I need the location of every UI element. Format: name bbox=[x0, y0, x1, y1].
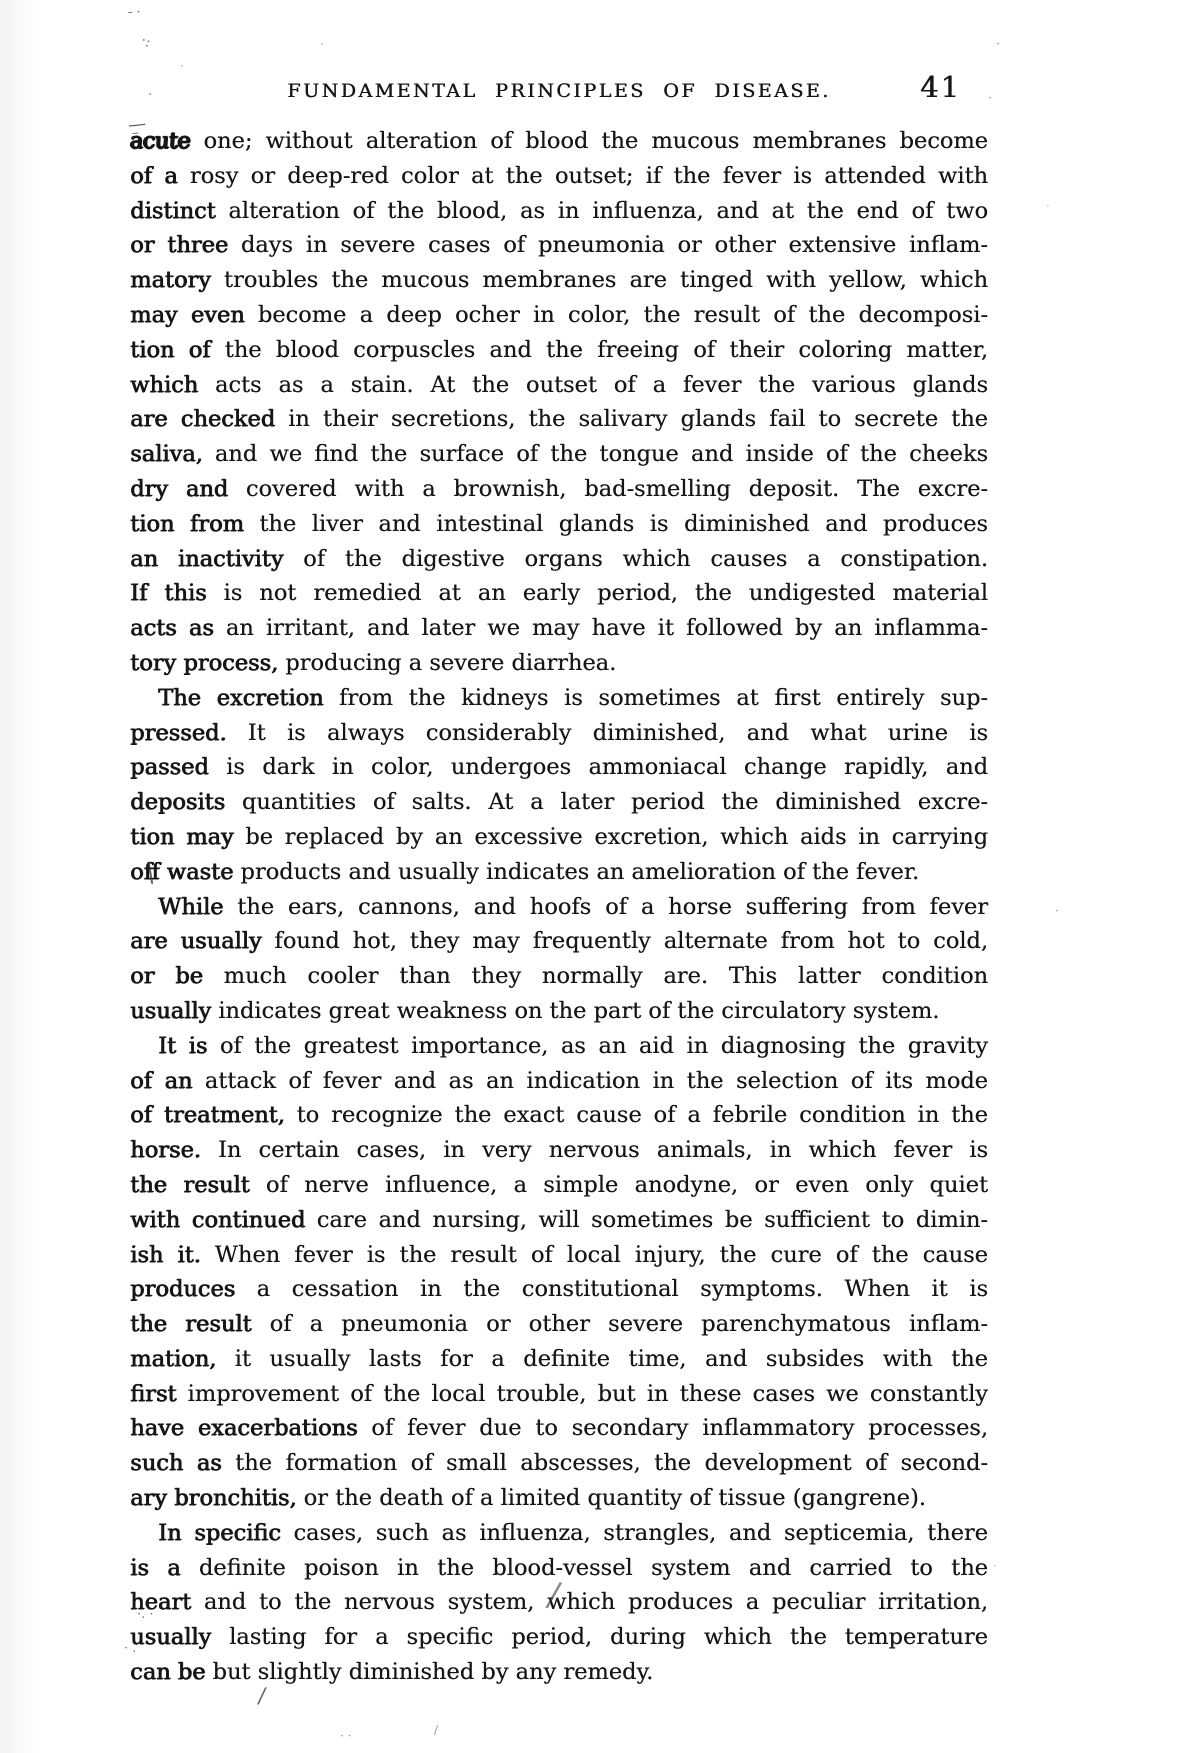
text-line: matory troubles the mucous membranes are… bbox=[130, 263, 988, 298]
line-start: If this bbox=[130, 580, 207, 606]
line-start: deposits bbox=[130, 789, 225, 815]
paragraph: acute one; without alteration of blood t… bbox=[130, 124, 988, 681]
text-line: of treatment, to recognize the exact cau… bbox=[130, 1098, 988, 1133]
scan-artifact: · bbox=[1055, 905, 1059, 918]
text-line: which acts as a stain. At the outset of … bbox=[130, 368, 988, 403]
text-line: dry and covered with a brownish, bad-sme… bbox=[130, 472, 988, 507]
line-start: of an bbox=[130, 1068, 192, 1094]
line-start: While bbox=[158, 894, 223, 920]
line-start: pressed. bbox=[130, 720, 226, 746]
line-start: is a bbox=[130, 1555, 181, 1581]
line-start: such as bbox=[130, 1450, 222, 1476]
text-line: usually lasting for a specific period, d… bbox=[130, 1620, 988, 1655]
text-line: have exacerbations of fever due to secon… bbox=[130, 1411, 988, 1446]
body-text: acute one; without alteration of blood t… bbox=[130, 124, 988, 1690]
line-start: of treatment, bbox=[130, 1102, 285, 1128]
text-line: mation, it usually lasts for a definite … bbox=[130, 1342, 988, 1377]
text-line: the result of nerve influence, a simple … bbox=[130, 1168, 988, 1203]
paragraph: In specific cases, such as influenza, st… bbox=[130, 1516, 988, 1690]
paragraph: The excretion from the kidneys is someti… bbox=[130, 681, 988, 890]
line-start: are checked bbox=[130, 406, 275, 432]
line-start: may even bbox=[130, 302, 245, 328]
line-start: or three bbox=[130, 232, 228, 258]
text-line: pressed. It is always considerably dimin… bbox=[130, 716, 988, 751]
scan-artifact: - · bbox=[128, 6, 141, 19]
line-start: In specific bbox=[158, 1520, 281, 1546]
text-line: are usually found hot, they may frequent… bbox=[130, 924, 988, 959]
text-line: such as the formation of small abscesses… bbox=[130, 1446, 988, 1481]
line-start: which bbox=[130, 372, 198, 398]
text-line: the result of a pneumonia or other sever… bbox=[130, 1307, 988, 1342]
line-start: tion from bbox=[130, 511, 244, 537]
line-start: ish it. bbox=[130, 1242, 201, 1268]
scan-artifact: · bbox=[996, 38, 1000, 51]
text-line: ish it. When fever is the result of loca… bbox=[130, 1238, 988, 1273]
text-line: may even become a deep ocher in color, t… bbox=[130, 298, 988, 333]
text-line: tion may be replaced by an excessive exc… bbox=[130, 820, 988, 855]
line-start: mation, bbox=[130, 1346, 216, 1372]
line-start: are usually bbox=[130, 928, 261, 954]
text-line: tion from the liver and intestinal gland… bbox=[130, 507, 988, 542]
line-start: matory bbox=[130, 267, 211, 293]
line-start: It is bbox=[158, 1033, 207, 1059]
line-start: first bbox=[130, 1381, 176, 1407]
line-start: tion of bbox=[130, 337, 210, 363]
text-line: off waste products and usually indicates… bbox=[130, 855, 988, 890]
scan-artifact: · bbox=[993, 1560, 997, 1572]
text-line: saliva, and we find the surface of the t… bbox=[130, 437, 988, 472]
line-start: heart bbox=[130, 1589, 191, 1615]
text-line: an inactivity of the digestive organs wh… bbox=[130, 542, 988, 577]
line-start: tory process, bbox=[130, 650, 278, 676]
text-line: passed is dark in color, undergoes ammon… bbox=[130, 750, 988, 785]
line-start: off waste bbox=[130, 859, 233, 885]
line-start: with continued bbox=[130, 1207, 305, 1233]
text-line: In specific cases, such as influenza, st… bbox=[130, 1516, 988, 1551]
line-start: an inactivity bbox=[130, 546, 283, 572]
line-start: or be bbox=[130, 963, 203, 989]
line-start: have exacerbations bbox=[130, 1415, 357, 1441]
line-start: usually bbox=[130, 1624, 211, 1650]
line-start: usually bbox=[130, 998, 211, 1024]
text-line: While the ears, cannons, and hoofs of a … bbox=[130, 890, 988, 925]
text-line: is a definite poison in the blood-vessel… bbox=[130, 1551, 988, 1586]
scan-artifact: · bbox=[320, 38, 324, 50]
line-start: produces bbox=[130, 1276, 235, 1302]
text-line: are checked in their secretions, the sal… bbox=[130, 402, 988, 437]
paragraph: While the ears, cannons, and hoofs of a … bbox=[130, 890, 988, 1029]
text-line: If this is not remedied at an early peri… bbox=[130, 576, 988, 611]
line-start: acts as bbox=[130, 615, 214, 641]
paragraph: It is of the greatest importance, as an … bbox=[130, 1029, 988, 1516]
text-line: of an attack of fever and as an indicati… bbox=[130, 1064, 988, 1099]
line-start: passed bbox=[130, 754, 209, 780]
text-line: tory process, producing a severe diarrhe… bbox=[130, 646, 988, 681]
scan-artifact: ·: bbox=[139, 33, 153, 50]
book-page: FUNDAMENTAL PRINCIPLES OF DISEASE. 41 ac… bbox=[0, 0, 1200, 1753]
text-line: acute one; without alteration of blood t… bbox=[130, 124, 988, 159]
text-line: It is of the greatest importance, as an … bbox=[130, 1029, 988, 1064]
line-start: saliva, bbox=[130, 441, 203, 467]
text-line: usually indicates great weakness on the … bbox=[130, 994, 988, 1029]
line-start: can be bbox=[130, 1659, 205, 1685]
text-line: tion of the blood corpuscles and the fre… bbox=[130, 333, 988, 368]
scan-artifact: · · bbox=[340, 1730, 351, 1742]
line-start: acute bbox=[129, 124, 192, 159]
page-number: 41 bbox=[920, 70, 961, 104]
line-start: tion may bbox=[130, 824, 233, 850]
scan-artifact: · bbox=[988, 92, 992, 105]
line-start: The excretion bbox=[158, 685, 323, 711]
text-line: or three days in severe cases of pneumon… bbox=[130, 228, 988, 263]
scan-artifact: / bbox=[434, 1724, 438, 1736]
text-line: ary bronchitis, or the death of a limite… bbox=[130, 1481, 988, 1516]
line-start: the result bbox=[130, 1172, 250, 1198]
line-start: of a bbox=[130, 163, 178, 189]
line-start: the result bbox=[130, 1311, 251, 1337]
text-line: first improvement of the local trouble, … bbox=[130, 1377, 988, 1412]
text-line: with continued care and nursing, will so… bbox=[130, 1203, 988, 1238]
scan-artifact: · bbox=[1046, 200, 1050, 212]
line-start: ary bronchitis, bbox=[130, 1485, 296, 1511]
text-line: deposits quantities of salts. At a later… bbox=[130, 785, 988, 820]
text-line: The excretion from the kidneys is someti… bbox=[130, 681, 988, 716]
text-line: of a rosy or deep-red color at the outse… bbox=[130, 159, 988, 194]
line-start: horse. bbox=[130, 1137, 201, 1163]
text-line: heart and to the nervous system, which p… bbox=[130, 1585, 988, 1620]
text-line: distinct alteration of the blood, as in … bbox=[130, 194, 988, 229]
text-line: can be but slightly diminished by any re… bbox=[130, 1655, 988, 1690]
text-line: or be much cooler than they normally are… bbox=[130, 959, 988, 994]
text-line: produces a cessation in the constitution… bbox=[130, 1272, 988, 1307]
scan-artifact: · bbox=[180, 60, 184, 72]
line-start: dry and bbox=[130, 476, 228, 502]
text-line: acts as an irritant, and later we may ha… bbox=[130, 611, 988, 646]
line-start: distinct bbox=[130, 198, 216, 224]
running-title: FUNDAMENTAL PRINCIPLES OF DISEASE. bbox=[130, 80, 988, 102]
text-line: horse. In certain cases, in very nervous… bbox=[130, 1133, 988, 1168]
